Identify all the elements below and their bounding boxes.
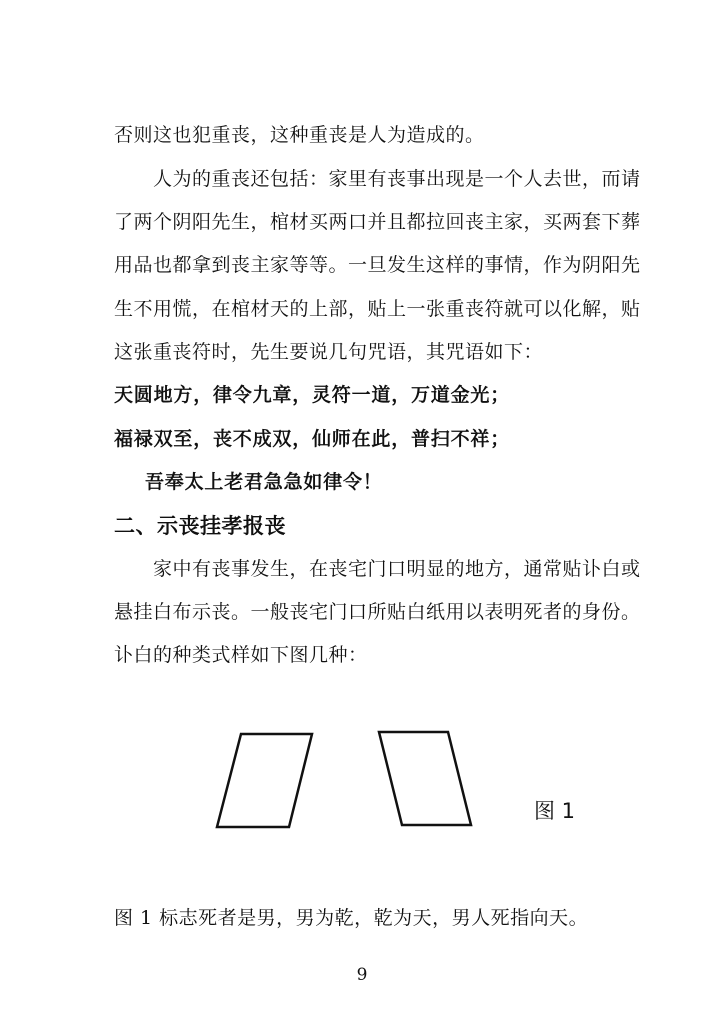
page-number: 9 [0, 965, 724, 985]
paragraph-line: 这张重丧符时，先生要说几句咒语，其咒语如下： [114, 337, 543, 364]
figure-caption: 图 1 标志死者是男，男为乾，乾为天，男人死指向天。 [114, 903, 588, 930]
paragraph-line: 生不用慌，在棺材天的上部，贴上一张重丧符就可以化解，贴 [114, 294, 641, 321]
paragraph-line: 讣白的种类式样如下图几种： [114, 640, 368, 667]
figure-label: 图 1 [534, 795, 575, 825]
section-heading: 二、示丧挂孝报丧 [114, 510, 286, 540]
parallelogram-right-leaning [217, 734, 312, 827]
paragraph-line: 否则这也犯重丧，这种重丧是人为造成的。 [114, 120, 485, 147]
parallelogram-left-leaning [379, 732, 471, 825]
incantation-line: 天圆地方，律令九章，灵符一道，万道金光； [114, 380, 510, 407]
paragraph-line: 了两个阴阳先生，棺材买两口并且都拉回丧主家，买两套下葬 [114, 207, 641, 234]
incantation-line: 福禄双至，丧不成双，仙师在此，普扫不祥； [114, 424, 510, 451]
incantation-line: 吾奉太上老君急急如律令！ [145, 467, 383, 494]
figure-parallelograms [200, 720, 620, 850]
paragraph-line: 悬挂白布示丧。一般丧宅门口所贴白纸用以表明死者的身份。 [114, 597, 641, 624]
paragraph-line: 用品也都拿到丧主家等等。一旦发生这样的事情，作为阴阳先 [114, 250, 641, 277]
paragraph-line: 家中有丧事发生，在丧宅门口明显的地方，通常贴讣白或 [153, 554, 641, 581]
paragraph-line: 人为的重丧还包括：家里有丧事出现是一个人去世，而请 [153, 164, 641, 191]
